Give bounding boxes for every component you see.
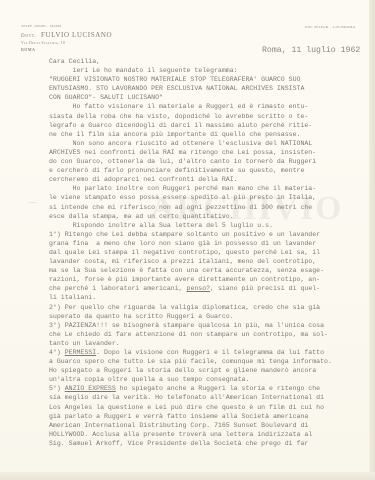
letter-line: si intende che mi riferisco non ad ogni … bbox=[49, 203, 364, 212]
letter-line: siasta della roba che ha visto, dopodich… bbox=[49, 112, 364, 121]
letter-lines: ieri Le ho mandato il seguente telegramm… bbox=[49, 66, 364, 448]
letter-line: ma se la Sua selezione è fatta con una c… bbox=[49, 266, 364, 275]
letter-line: Rispondo inoltre alla Sua lettera del 5 … bbox=[49, 221, 364, 230]
letter-line: ieri Le ho mandato il seguente telegramm… bbox=[49, 66, 364, 75]
letter-line: ARCHIVES nei confronti della RAI ma rite… bbox=[49, 148, 364, 157]
letter-line: 1°) Ritengo che Lei debba stampare solta… bbox=[49, 230, 364, 239]
letter-line: lavander costa, mi riferisco a prezzi it… bbox=[49, 257, 364, 266]
letter-line: grana fina a meno che loro non siano già… bbox=[49, 239, 364, 248]
letter-line: ENTUSIASMO. STO LAVORANDO PER ESCLUSIVA … bbox=[49, 84, 364, 93]
letter-line: cercheremo di adoprarci nei confronti de… bbox=[49, 175, 364, 184]
letter-line: 2°) Per quello che riguarda la valigia d… bbox=[49, 303, 364, 312]
letter-line: do con Guarco, ottenerla da lui, d'altro… bbox=[49, 157, 364, 166]
letterhead-phone: Telef. 500485 - 593408 bbox=[21, 24, 112, 28]
page-edge-shadow bbox=[369, 0, 375, 480]
letter-line: che Le chiedo di fare attenzione di non … bbox=[49, 330, 364, 339]
letter-date: Roma, 11 luglio 1962 bbox=[262, 46, 360, 55]
letter-line: a Guarco spero che tutto Le sia più faci… bbox=[49, 357, 364, 366]
pencil-mark: ⌒ bbox=[28, 200, 37, 213]
letter-line: Ho fatto visionare il materiale a Rugger… bbox=[49, 102, 364, 111]
letter-line: esce dalla stampa, ma ad un certo quanti… bbox=[49, 212, 364, 221]
letter-line: le viene stampato esso possa essere sped… bbox=[49, 193, 364, 202]
letter-line: superato da quanto ha scritto Ruggeri a … bbox=[49, 312, 364, 321]
letter-line: dal quale Lei stampa il negativo controt… bbox=[49, 248, 364, 257]
letter-line: razioni, forse è più importante avere di… bbox=[49, 275, 364, 284]
page-bottom-edge bbox=[0, 472, 375, 480]
letterhead-name: FULVIO LUCISANO bbox=[41, 31, 112, 39]
letter-line: che perché i laboratori americani, penso… bbox=[49, 284, 364, 293]
letter-line: li italiani. bbox=[49, 293, 364, 302]
letterhead-title: Dott. bbox=[21, 34, 37, 39]
letter-line: "RUGGERI VISIONATO NOSTRO MATERIALE STOP… bbox=[49, 75, 364, 84]
letter-page: Telef. 500485 - 593408 Dott. FULVIO LUCI… bbox=[0, 0, 370, 472]
letter-line: 5°) ANZIO EXPRESS ho spiegato anche a Ru… bbox=[49, 384, 364, 393]
letter-line: Ho spiegato a Ruggeri la storia dello sc… bbox=[49, 366, 364, 375]
letter-line: e cercherò di farlo pronunciare definiti… bbox=[49, 166, 364, 175]
letter-line: già parlato a Ruggeri e verrà fatto insi… bbox=[49, 412, 364, 421]
letterhead-name-block: Dott. FULVIO LUCISANO bbox=[21, 31, 112, 39]
letter-line: un'altra copia oltre quella a suo tempo … bbox=[49, 375, 364, 384]
letter-line: ne che il film sia ancora più importante… bbox=[49, 130, 364, 139]
letter-line: sia meglio dire la verità. Ho telefonato… bbox=[49, 393, 364, 402]
letter-line: 4°) PERMESSI. Dopo la visione con Rugger… bbox=[49, 348, 364, 357]
letter-line: Los Angeles la questione e Lei può dire … bbox=[49, 403, 364, 412]
underlined-text: penso? bbox=[187, 285, 211, 292]
letter-line: Sig. Samuel Arkoff, Vice Presidente dell… bbox=[49, 439, 364, 448]
letter-line: CON GUARCO"- SALUTI LUCISANO" bbox=[49, 93, 364, 102]
letterhead-left: Telef. 500485 - 593408 Dott. FULVIO LUCI… bbox=[21, 24, 112, 52]
letter-body: Cara Cecilia, ieri Le ho mandato il segu… bbox=[49, 57, 364, 448]
letter-line: legrafo a Guarco dicendogli di darci il … bbox=[49, 121, 364, 130]
letter-line: Ho parlato inoltre con Ruggeri perché ma… bbox=[49, 184, 364, 193]
letter-line: tanto un lavander. bbox=[49, 339, 364, 348]
underlined-text: ANZIO EXPRESS bbox=[65, 385, 116, 392]
letter-line: American International Distributing Corp… bbox=[49, 421, 364, 430]
salutation: Cara Cecilia, bbox=[49, 57, 364, 66]
letter-line: HOLLYWOOD. Acclusa alla presente troverà… bbox=[49, 430, 364, 439]
letterhead-city: ROMA bbox=[21, 47, 112, 52]
letterhead-address: Via Degli Scialoia, 18 bbox=[21, 41, 112, 45]
letter-line: 3°) PAZIENZA!!! se bisognerà stampare qu… bbox=[49, 321, 364, 330]
letter-line: Non sono ancora riuscito ad ottenere l'e… bbox=[49, 139, 364, 148]
letterhead-telegraph: Ind. Telegr. - Lucisroma bbox=[305, 25, 355, 29]
underlined-text: PERMESSI bbox=[65, 349, 96, 356]
